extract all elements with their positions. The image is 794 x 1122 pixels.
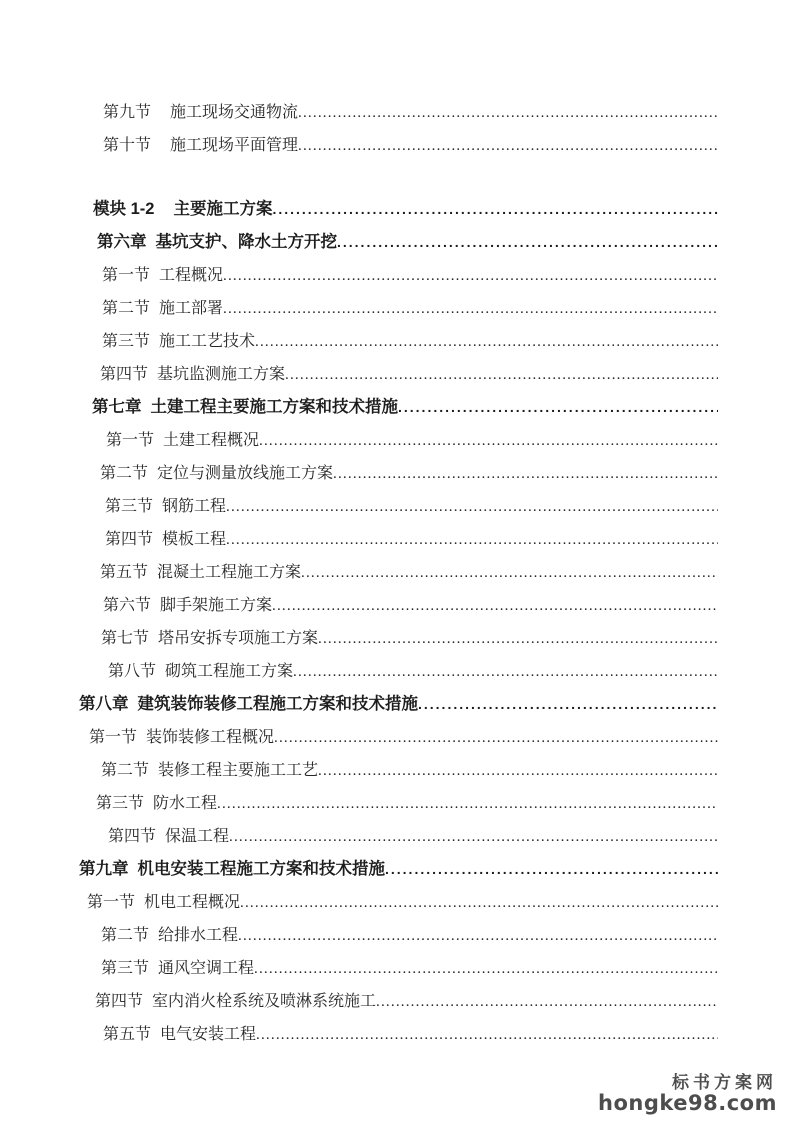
toc-entry-title: 土建工程主要施工方案和技术措施 <box>151 391 399 424</box>
toc-entry-label: 第三节 <box>96 787 144 820</box>
toc-entry-title: 砌筑工程施工方案 <box>165 655 293 688</box>
toc-entry: 第一节土建工程概况 <box>0 424 794 457</box>
dot-leader <box>318 622 718 656</box>
dot-leader <box>376 985 718 1019</box>
toc-entry-label: 第十节 <box>103 129 151 162</box>
dot-leader <box>337 226 718 259</box>
toc-entry-title: 施工现场平面管理 <box>170 129 298 162</box>
dot-leader <box>229 820 718 854</box>
toc-entry: 第四节保温工程 <box>0 820 794 853</box>
dot-leader <box>272 589 718 623</box>
dot-leader <box>240 886 718 920</box>
toc-entry-title: 基坑监测施工方案 <box>157 358 285 391</box>
toc-entry-title: 通风空调工程 <box>158 952 254 985</box>
toc-entry: 模块 1-2主要施工方案 <box>0 193 794 226</box>
toc-entry-label: 第七章 <box>92 391 142 424</box>
toc-entry-title: 塔吊安拆专项施工方案 <box>158 622 318 655</box>
toc-entry: 第二节装修工程主要施工工艺 <box>0 754 794 787</box>
toc-entry-title: 施工部署 <box>159 292 223 325</box>
toc-entry-title: 装修工程主要施工工艺 <box>158 754 318 787</box>
toc-entry-label: 第八节 <box>108 655 156 688</box>
toc-entry-title: 建筑装饰装修工程施工方案和技术措施 <box>138 688 419 721</box>
toc-entry: 第六章基坑支护、降水土方开挖 <box>0 226 794 259</box>
dot-leader <box>293 655 718 689</box>
toc-entry-title: 土建工程概况 <box>163 424 259 457</box>
toc-entry: 第七节塔吊安拆专项施工方案 <box>0 622 794 655</box>
table-of-contents: 第九节施工现场交通物流第十节施工现场平面管理模块 1-2主要施工方案第六章基坑支… <box>0 96 794 1051</box>
dot-leader <box>385 853 718 886</box>
dot-leader <box>226 523 718 557</box>
watermark-site-url: hongke98.com <box>598 1092 777 1114</box>
toc-entry-label: 第四节 <box>100 358 148 391</box>
dot-leader <box>272 193 718 226</box>
dot-leader <box>226 490 718 524</box>
toc-entry: 第九节施工现场交通物流 <box>0 96 794 129</box>
toc-entry-label: 第九节 <box>103 96 151 129</box>
toc-entry-label: 第六节 <box>103 589 151 622</box>
toc-entry-label: 第六章 <box>97 226 147 259</box>
dot-leader <box>238 919 718 953</box>
toc-entry: 第三节通风空调工程 <box>0 952 794 985</box>
dot-leader <box>254 952 718 986</box>
toc-entry-label: 模块 1-2 <box>93 193 154 226</box>
toc-entry-label: 第七节 <box>101 622 149 655</box>
toc-entry: 第一节装饰装修工程概况 <box>0 721 794 754</box>
toc-entry-label: 第四节 <box>105 523 153 556</box>
dot-leader <box>223 292 718 326</box>
toc-entry-title: 主要施工方案 <box>173 193 272 226</box>
toc-entry-title: 施工工艺技术 <box>159 325 255 358</box>
toc-entry-title: 机电工程概况 <box>144 886 240 919</box>
toc-entry-title: 脚手架施工方案 <box>160 589 272 622</box>
dot-leader <box>285 358 718 392</box>
toc-entry-title: 钢筋工程 <box>162 490 226 523</box>
toc-entry: 第九章机电安装工程施工方案和技术措施 <box>0 853 794 886</box>
toc-entry-label: 第二节 <box>100 457 148 490</box>
toc-entry-label: 第三节 <box>102 325 150 358</box>
toc-entry-title: 混凝土工程施工方案 <box>157 556 301 589</box>
dot-leader <box>301 556 718 590</box>
toc-entry-label: 第一节 <box>87 886 135 919</box>
toc-entry-label: 第二节 <box>101 919 149 952</box>
toc-entry-label: 第九章 <box>79 853 129 886</box>
toc-entry-title: 保温工程 <box>165 820 229 853</box>
toc-entry-title: 装饰装修工程概况 <box>146 721 274 754</box>
toc-entry: 第二节施工部署 <box>0 292 794 325</box>
toc-entry-title: 模板工程 <box>162 523 226 556</box>
dot-leader <box>318 754 718 788</box>
toc-entry-label: 第五节 <box>100 556 148 589</box>
watermark: 标书方案网 hongke98.com <box>598 1074 777 1114</box>
toc-entry: 第二节给排水工程 <box>0 919 794 952</box>
toc-entry-label: 第二节 <box>101 754 149 787</box>
toc-entry-label: 第四节 <box>108 820 156 853</box>
toc-entry: 第一节机电工程概况 <box>0 886 794 919</box>
document-page: 第九节施工现场交通物流第十节施工现场平面管理模块 1-2主要施工方案第六章基坑支… <box>0 0 794 1122</box>
toc-entry-label: 第三节 <box>101 952 149 985</box>
dot-leader <box>223 259 718 293</box>
toc-entry: 第二节定位与测量放线施工方案 <box>0 457 794 490</box>
toc-entry: 第一节工程概况 <box>0 259 794 292</box>
toc-entry-title: 基坑支护、降水土方开挖 <box>156 226 338 259</box>
toc-entry: 第八章建筑装饰装修工程施工方案和技术措施 <box>0 688 794 721</box>
toc-entry: 第五节电气安装工程 <box>0 1018 794 1051</box>
toc-entry-title: 定位与测量放线施工方案 <box>157 457 333 490</box>
toc-entry: 第六节脚手架施工方案 <box>0 589 794 622</box>
toc-entry: 第三节防水工程 <box>0 787 794 820</box>
dot-leader <box>398 391 718 424</box>
toc-entry-label: 第四节 <box>95 985 143 1018</box>
toc-entry-label: 第八章 <box>79 688 129 721</box>
dot-leader <box>259 424 718 458</box>
toc-entry-title: 室内消火栓系统及喷淋系统施工 <box>152 985 376 1018</box>
toc-entry-label: 第一节 <box>106 424 154 457</box>
toc-entry-title: 工程概况 <box>159 259 223 292</box>
dot-leader <box>333 457 718 491</box>
dot-leader <box>256 1018 718 1052</box>
dot-leader <box>298 129 718 163</box>
toc-entry-title: 机电安装工程施工方案和技术措施 <box>138 853 386 886</box>
toc-entry: 第五节混凝土工程施工方案 <box>0 556 794 589</box>
toc-entry-title: 防水工程 <box>153 787 217 820</box>
toc-entry: 第四节模板工程 <box>0 523 794 556</box>
toc-entry: 第四节基坑监测施工方案 <box>0 358 794 391</box>
dot-leader <box>217 787 718 821</box>
toc-entry-label: 第三节 <box>105 490 153 523</box>
toc-entry: 第八节砌筑工程施工方案 <box>0 655 794 688</box>
toc-entry-label: 第一节 <box>89 721 137 754</box>
toc-entry: 第三节钢筋工程 <box>0 490 794 523</box>
toc-entry: 第七章土建工程主要施工方案和技术措施 <box>0 391 794 424</box>
toc-entry-label: 第一节 <box>102 259 150 292</box>
toc-entry: 第四节室内消火栓系统及喷淋系统施工 <box>0 985 794 1018</box>
dot-leader <box>274 721 718 755</box>
watermark-site-name: 标书方案网 <box>598 1074 777 1092</box>
dot-leader <box>418 688 718 721</box>
dot-leader <box>298 96 718 130</box>
dot-leader <box>255 325 718 359</box>
toc-entry: 第三节施工工艺技术 <box>0 325 794 358</box>
toc-entry-label: 第二节 <box>102 292 150 325</box>
toc-entry-title: 施工现场交通物流 <box>170 96 298 129</box>
toc-entry-title: 给排水工程 <box>158 919 238 952</box>
toc-entry-label: 第五节 <box>103 1018 151 1051</box>
toc-entry-title: 电气安装工程 <box>160 1018 256 1051</box>
toc-entry: 第十节施工现场平面管理 <box>0 129 794 162</box>
